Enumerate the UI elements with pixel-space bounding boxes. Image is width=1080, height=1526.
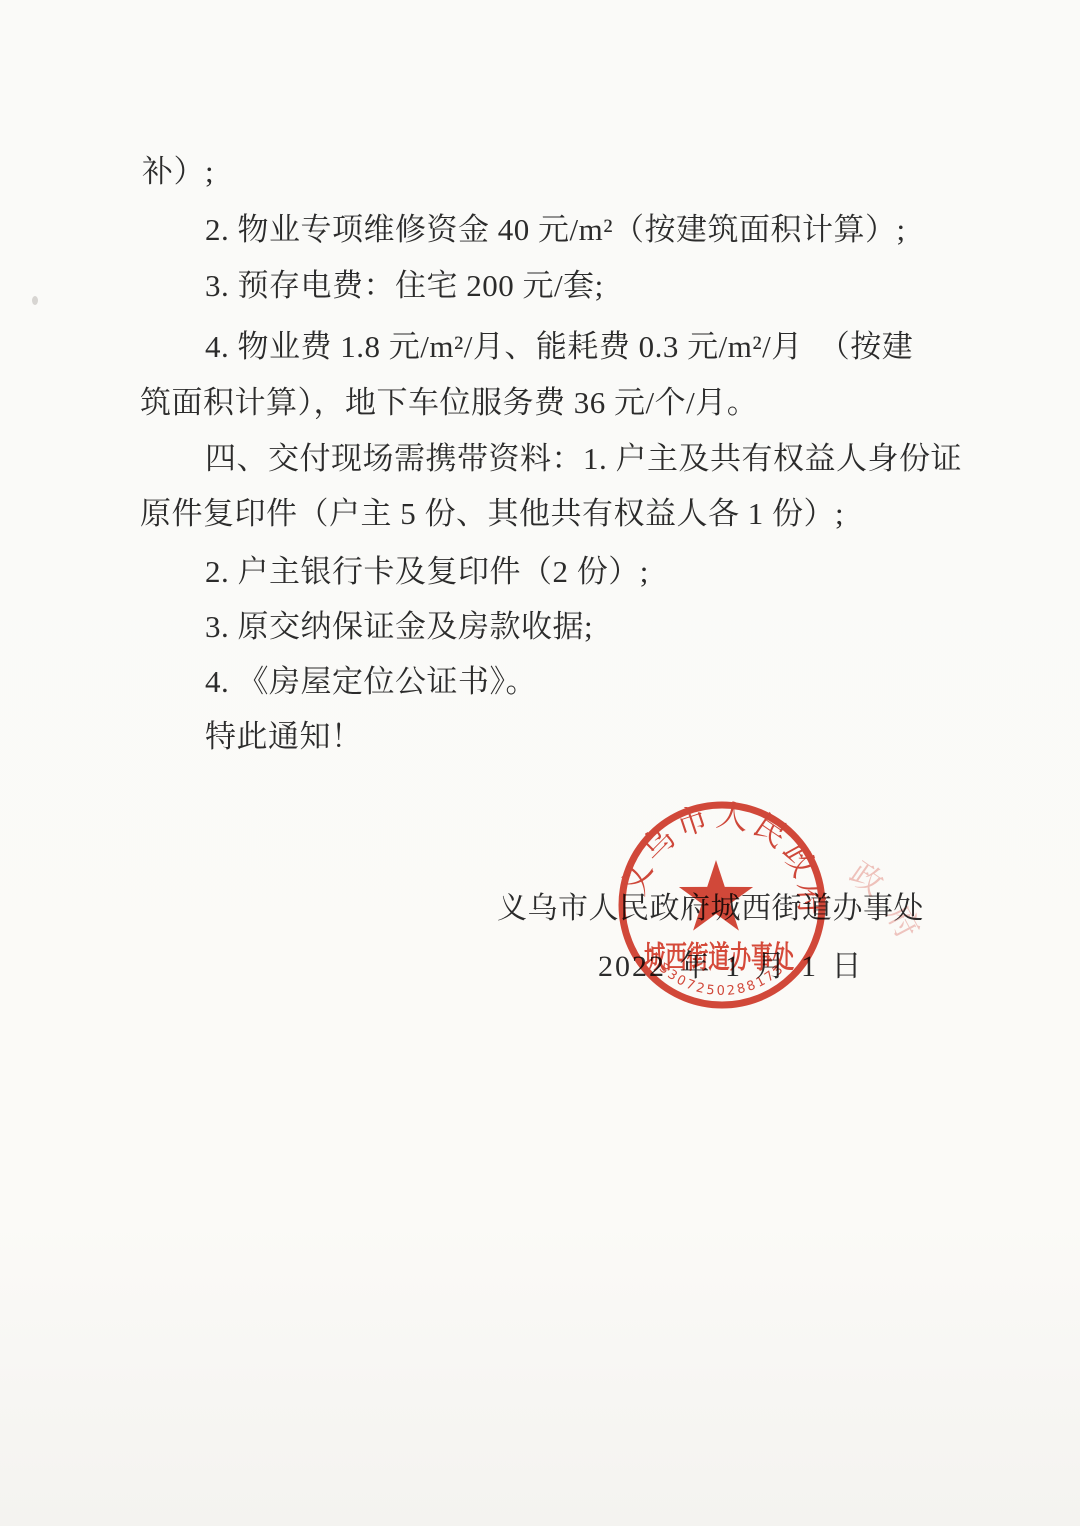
- official-seal: 义乌市人民政府 城西街道办事处 3307250288173 政 府: [608, 792, 948, 1022]
- document-line: 2. 户主银行卡及复印件（2 份）;: [205, 546, 649, 591]
- document-line: 3. 预存电费：住宅 200 元/套;: [205, 260, 604, 305]
- document-line: 3. 原交纳保证金及房款收据;: [205, 601, 593, 646]
- scanned-notice-page: 补）; 2. 物业专项维修资金 40 元/m²（按建筑面积计算）; 3. 预存电…: [0, 0, 1080, 1526]
- document-line: 4. 物业费 1.8 元/m²/月、能耗费 0.3 元/m²/月 （按建: [205, 321, 913, 366]
- seal-star-icon: [679, 860, 753, 931]
- document-line: 2. 物业专项维修资金 40 元/m²（按建筑面积计算）;: [205, 204, 906, 249]
- seal-graphic: 义乌市人民政府 城西街道办事处 3307250288173 政 府: [608, 792, 948, 1022]
- seal-ghost-char: 府: [880, 899, 927, 944]
- scan-speck: [32, 296, 38, 305]
- document-line: 原件复印件（户主 5 份、其他共有权益人各 1 份）;: [140, 488, 844, 533]
- document-line: 四、交付现场需携带资料：1. 户主及共有权益人身份证: [205, 433, 962, 478]
- closing-line: 特此通知！: [205, 711, 363, 756]
- seal-ghost-char: 政: [843, 855, 890, 903]
- document-line: 补）;: [142, 146, 214, 191]
- document-line: 筑面积计算），地下车位服务费 36 元/个/月。: [140, 377, 758, 422]
- document-line: 4. 《房屋定位公证书》。: [205, 656, 537, 701]
